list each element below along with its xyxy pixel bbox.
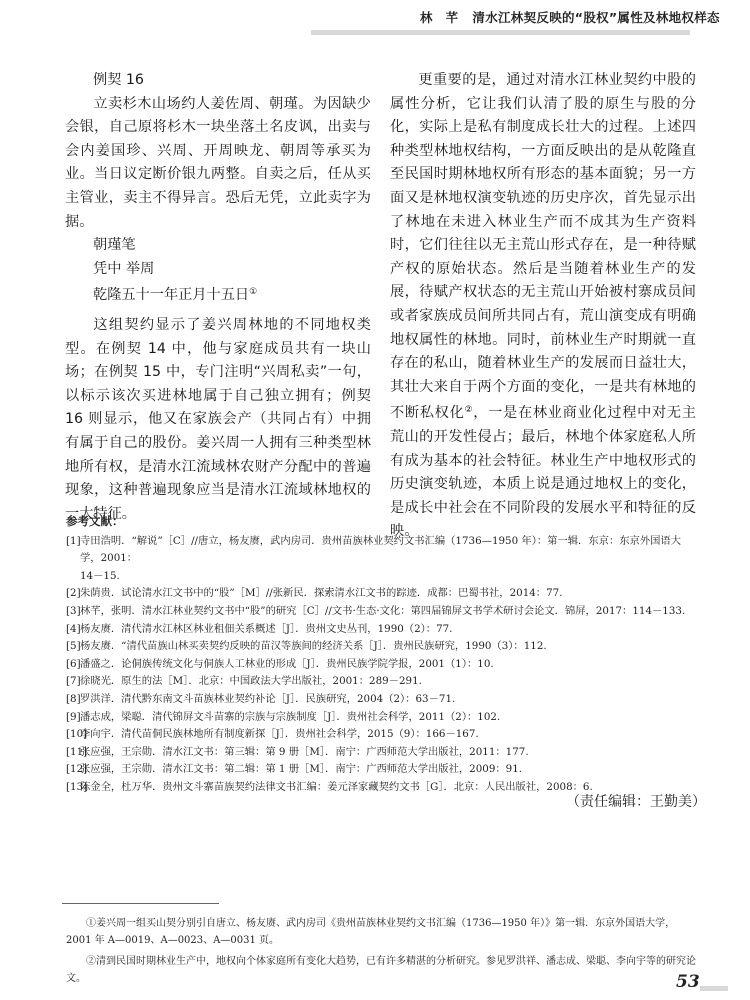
reference-number: [10] [66, 726, 80, 744]
reference-text: 徐晓光．原生的法［M］．北京：中国政法大学出版社，2001：289－291. [80, 673, 696, 691]
paragraph-part-1: 更重要的是，通过对清水江林业契约中股的属性分析，它让我们认清了股的原生与股的分化… [390, 72, 696, 421]
reference-text: 杨友赓．“清代苗族山林买卖契约反映的苗汉等族间的经济关系［J］．贵州民族研究，1… [80, 638, 696, 656]
footnote-ref-2[interactable]: ② [464, 405, 473, 415]
contract-date-text: 乾隆五十一年正月十五日 [93, 287, 249, 303]
reference-item: [10]李向宇．清代苗侗民族林地所有制度新探［J］．贵州社会科学，2015（9）… [66, 726, 696, 744]
right-column: 更重要的是，通过对清水江林业契约中股的属性分析，它让我们认清了股的原生与股的分化… [390, 69, 696, 544]
reference-item: [5]杨友赓．“清代苗族山林买卖契约反映的苗汉等族间的经济关系［J］．贵州民族研… [66, 638, 696, 656]
reference-continuation: 14－15. [66, 568, 696, 586]
reference-text: 张应强，王宗勋．清水江文书：第三辑：第 9 册［M］．南宁：广西师范大学出版社，… [80, 744, 696, 762]
header-rule [311, 30, 690, 35]
footnote-1: ①姜兴周一组买山契分别引自唐立、杨友赓、武内房司《贵州苗族林业契约文书汇编（17… [66, 916, 696, 949]
body-paragraph-right: 更重要的是，通过对清水江林业契约中股的属性分析，它让我们认清了股的原生与股的分化… [390, 69, 696, 544]
footnote-2: ②清到民国时期林业生产中，地权向个体家庭所有变化大趋势，已有许多精湛的分析研究。… [66, 954, 696, 987]
reference-item: [1]寺田浩明．“解说”［C］//唐立，杨友赓，武内房司．贵州苗族林业契约文书汇… [66, 533, 696, 568]
running-head-title: 清水江林契反映的“股权”属性及林地权样态 [472, 10, 719, 25]
left-column: 例契 16 立卖杉木山场约人姜佐周、朝瑾。为因缺少会银，自己原将杉木一块坐落土名… [65, 69, 371, 526]
reference-number: [9] [66, 709, 80, 727]
reference-text: 罗洪洋．清代黔东南文斗苗族林业契约补论［J］．民族研究，2004（2）：63－7… [80, 691, 696, 709]
reference-text: 林芊，张明．清水江林业契约文书中“股”的研究［C］//文书·生态·文化：第四届锦… [80, 603, 696, 621]
contract-label: 例契 16 [65, 69, 371, 93]
reference-text: 潘志成，梁聪．清代锦屏文斗苗寨的宗族与宗族制度［J］．贵州社会科学，2011（2… [80, 709, 696, 727]
reference-number: [12] [66, 761, 80, 779]
reference-item: [4]杨友赓．清代清水江林区林业租佃关系概述［J］．贵州文史丛刊，1990（2）… [66, 621, 696, 639]
reference-item: [7]徐晓光．原生的法［M］．北京：中国政法大学出版社，2001：289－291… [66, 673, 696, 691]
reference-number: [7] [66, 673, 80, 691]
footnotes: ①姜兴周一组买山契分别引自唐立、杨友赓、武内房司《贵州苗族林业契约文书汇编（17… [66, 916, 696, 992]
reference-text: 张应强，王宗勋．清水江文书：第二辑：第 1 册［M］．南宁：广西师范大学出版社，… [80, 761, 696, 779]
reference-number: [3] [66, 603, 80, 621]
reference-number: [2] [66, 585, 80, 603]
body-paragraph-left: 这组契约显示了姜兴周林地的不同地权类型。在例契 14 中，他与家庭成员共有一块山… [65, 314, 371, 526]
reference-item: [11]张应强，王宗勋．清水江文书：第三辑：第 9 册［M］．南宁：广西师范大学… [66, 744, 696, 762]
reference-text: 朱荫贵．试论清水江文书中的“股”［M］//张新民．探索清水江文书的踪迹．成都：巴… [80, 585, 696, 603]
reference-text: 潘盛之．论侗族传统文化与侗族人工林业的形成［J］．贵州民族学院学报，2001（1… [80, 656, 696, 674]
reference-item: [8]罗洪洋．清代黔东南文斗苗族林业契约补论［J］．民族研究，2004（2）：6… [66, 691, 696, 709]
reference-item: [2]朱荫贵．试论清水江文书中的“股”［M］//张新民．探索清水江文书的踪迹．成… [66, 585, 696, 603]
reference-text: 寺田浩明．“解说”［C］//唐立，杨友赓，武内房司．贵州苗族林业契约文书汇编（1… [80, 533, 696, 568]
footnote-ref-1[interactable]: ① [249, 287, 257, 297]
reference-item: [9]潘志成，梁聪．清代锦屏文斗苗寨的宗族与宗族制度［J］．贵州社会科学，201… [66, 709, 696, 727]
reference-number: [1] [66, 533, 80, 568]
reference-number: [5] [66, 638, 80, 656]
reference-item: [12]张应强，王宗勋．清水江文书：第二辑：第 1 册［M］．南宁：广西师范大学… [66, 761, 696, 779]
signature-1: 朝瑾笔 [65, 234, 371, 258]
footnote-divider [62, 903, 219, 904]
reference-text: 杨友赓．清代清水江林区林业租佃关系概述［J］．贵州文史丛刊，1990（2）：77… [80, 621, 696, 639]
reference-number: [4] [66, 621, 80, 639]
reference-number: [11] [66, 744, 80, 762]
contract-date: 乾隆五十一年正月十五日① [65, 281, 371, 308]
page-number-bar [700, 986, 728, 991]
page-number: 53 [676, 972, 700, 992]
contract-body: 立卖杉木山场约人姜佐周、朝瑾。为因缺少会银，自己原将杉木一块坐落土名皮讽，出卖与… [65, 93, 371, 235]
running-head: 林 芊清水江林契反映的“股权”属性及林地权样态 [420, 8, 720, 26]
references: 参考文献： [1]寺田浩明．“解说”［C］//唐立，杨友赓，武内房司．贵州苗族林… [66, 513, 696, 797]
references-title: 参考文献： [66, 513, 696, 531]
signature-2: 凭中 举周 [65, 258, 371, 282]
reference-number: [13] [66, 779, 80, 797]
reference-number: [8] [66, 691, 80, 709]
running-head-author: 林 芊 [420, 10, 458, 25]
reference-text: 李向宇．清代苗侗民族林地所有制度新探［J］．贵州社会科学，2015（9）：166… [80, 726, 696, 744]
reference-item: [6]潘盛之．论侗族传统文化与侗族人工林业的形成［J］．贵州民族学院学报，200… [66, 656, 696, 674]
reference-number: [6] [66, 656, 80, 674]
reference-item: [3]林芊，张明．清水江林业契约文书中“股”的研究［C］//文书·生态·文化：第… [66, 603, 696, 621]
responsible-editor: （责任编辑：王勤美） [566, 791, 706, 811]
